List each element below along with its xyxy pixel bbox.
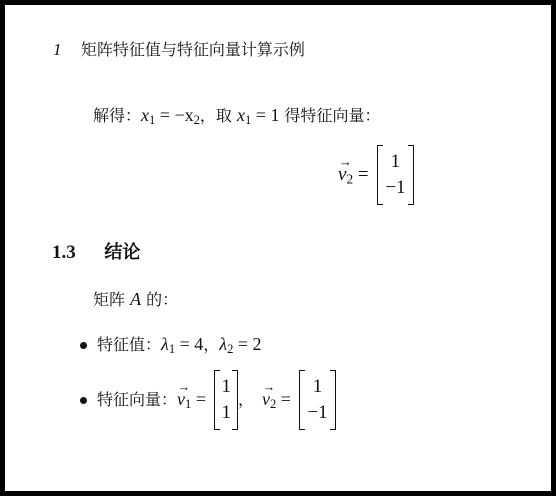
heading-title: 矩阵特征值与特征向量计算示例 (81, 40, 305, 59)
bullet-dot (80, 342, 87, 349)
equals: = (191, 389, 210, 409)
solve-line: 解得：x1 = −x2，取 x1 = 1 得特征向量： (93, 103, 381, 128)
solve-suffix: 得特征向量： (279, 106, 380, 125)
equals: = (353, 164, 373, 185)
intro-prefix: 矩阵 (93, 290, 130, 309)
intro-line: 矩阵 A 的： (93, 287, 178, 310)
intro-suffix: 的： (141, 290, 178, 309)
column-matrix: 1−1 (377, 145, 413, 205)
matrix-cell: −1 (307, 400, 327, 426)
eq-rhs: = 1 (251, 105, 279, 125)
bullet-dot (80, 397, 87, 404)
var-x1: x (141, 105, 149, 125)
lambda-2: λ (219, 334, 227, 354)
column-matrix: 11 (214, 370, 238, 430)
section-heading: 1.3 结论 (52, 238, 140, 264)
sep: ，取 (200, 106, 237, 125)
bullet-eigenvalues: 特征值：λ1 = 4，λ2 = 2 (80, 332, 262, 357)
matrix-cell: 1 (221, 374, 231, 400)
sep: ， (238, 390, 254, 409)
vector-v2: v (262, 389, 270, 410)
vector-v1: v (177, 389, 185, 410)
equals: = (276, 389, 295, 409)
matrix-cell: −1 (385, 175, 405, 201)
matrix-cell: 1 (385, 149, 405, 175)
heading-chapter: 1 矩阵特征值与特征向量计算示例 (53, 37, 305, 60)
column-matrix: 1−1 (299, 370, 335, 430)
document-page: 1 矩阵特征值与特征向量计算示例 解得：x1 = −x2，取 x1 = 1 得特… (5, 5, 551, 491)
display-equation: v2 = 1−1 (338, 145, 414, 205)
bullet-label: 特征值： (97, 335, 161, 354)
matrix-cell: 1 (307, 374, 327, 400)
eq-rhs: = −x (155, 105, 193, 125)
var-A: A (130, 289, 141, 309)
section-number: 1.3 (52, 242, 76, 263)
heading-number: 1 (53, 40, 62, 59)
value: = 2 (233, 334, 261, 354)
sep: ， (203, 335, 219, 354)
value: = 4 (175, 334, 203, 354)
solve-prefix: 解得： (93, 106, 141, 125)
bullet-eigenvectors: 特征向量：v1 = 11，v2 = 1−1 (80, 370, 336, 430)
vector-v2: v (338, 164, 346, 186)
lambda-1: λ (161, 334, 169, 354)
var-x1: x (237, 105, 245, 125)
section-title: 结论 (104, 242, 140, 263)
matrix-cell: 1 (221, 400, 231, 426)
bullet-label: 特征向量： (97, 390, 177, 409)
